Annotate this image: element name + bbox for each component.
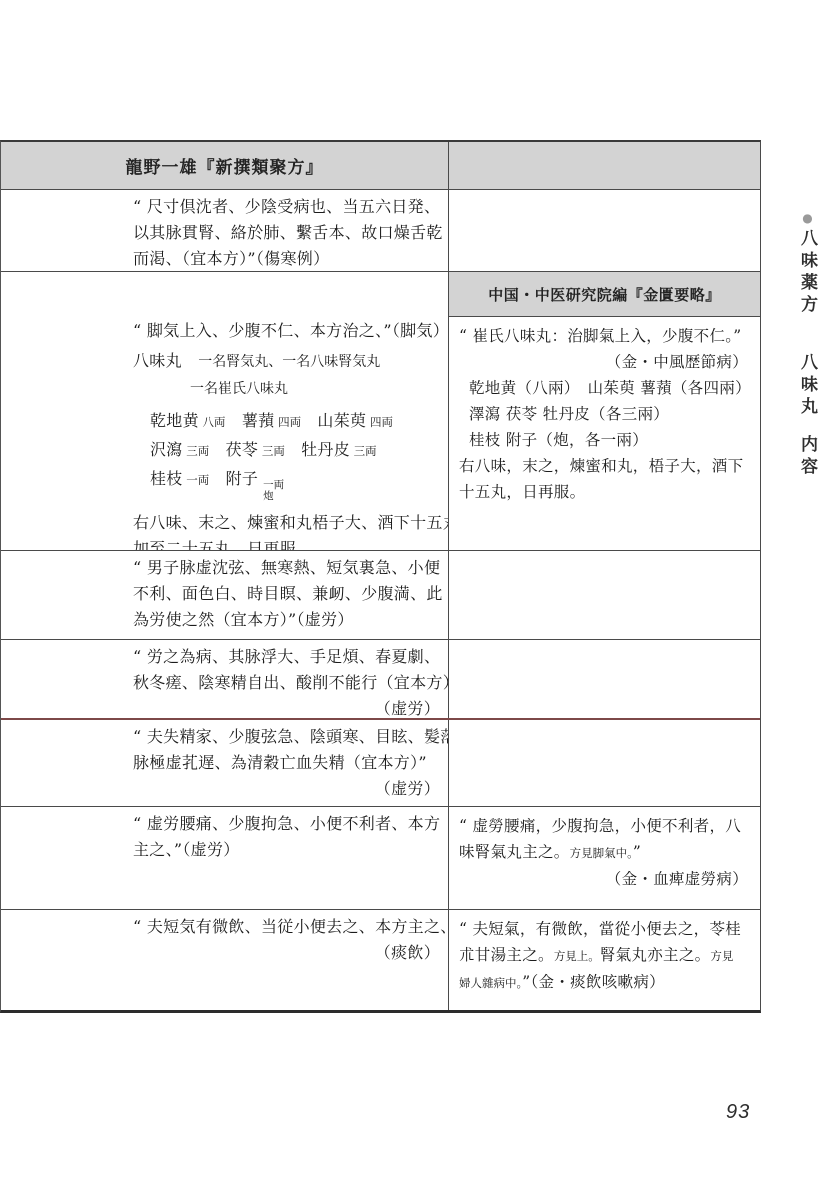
- dose-annotation: 三両: [258, 444, 285, 458]
- margin-tab: ● 八味薬方 八味丸 内容: [795, 212, 820, 479]
- table-row: 龍野一雄『新撰類聚方』: [1, 142, 760, 190]
- left-cell: “ 労之為病、其脉浮大、手足煩、春夏劇、秋冬瘥、陰寒精自出、酸削不能行（宜本方）…: [1, 640, 449, 718]
- text-line: 桂枝 一両 附子一両炮: [133, 466, 444, 502]
- table-row: “ 夫失精家、少腹弦急、陰頭寒、目眩、髪落、脉極虚芤遅、為清穀亡血失精（宜本方）…: [1, 720, 760, 807]
- text-run: 加至二十五丸、日再服、: [133, 539, 312, 550]
- text-run: （虚労）: [375, 779, 440, 798]
- text-line: 沢瀉 三両 茯苓 三両 牡丹皮 三両: [133, 437, 444, 464]
- margin-label-formula: 八味丸: [795, 353, 820, 419]
- alias-annotation: 一名崔氏八味丸: [190, 381, 288, 397]
- text-line: 乾地黄（八兩） 山茱萸 薯蕷（各四兩）: [459, 375, 752, 401]
- right-cell: [449, 190, 760, 271]
- right-cell: “ 虚勞腰痛，少腹拘急，小便不利者，八味腎氣丸主之。方見脚氣中。”（金・血痺虚勞…: [449, 807, 760, 909]
- text-line: 一名崔氏八味丸: [133, 375, 444, 402]
- left-cell: “ 脚気上入、少腹不仁、本方治之、”（脚気）八味丸 一名腎気丸、一名八味腎気丸一…: [1, 272, 449, 550]
- text-run: “ 脚気上入、少腹不仁、本方治之、”（脚気）: [133, 321, 449, 340]
- text-line: （虚労）: [133, 776, 444, 802]
- right-cell: [449, 720, 760, 806]
- text-run: 右八味、末之、煉蜜和丸梧子大、酒下十五丸、: [133, 513, 449, 532]
- margin-label-section: 内容: [795, 435, 820, 479]
- text-run: 乾地黄（八兩） 山茱萸 薯蕷（各四兩）: [469, 379, 751, 397]
- text-run: 脉極虚芤遅、為清穀亡血失精（宜本方）”: [133, 753, 427, 772]
- text-line: 婦人雜病中。”（金・痰飲咳嗽病）: [459, 969, 752, 996]
- right-cell-content: [449, 190, 760, 196]
- left-cell: “ 夫失精家、少腹弦急、陰頭寒、目眩、髪落、脉極虚芤遅、為清穀亡血失精（宜本方）…: [1, 720, 449, 806]
- page-number: 93: [726, 1101, 750, 1124]
- text-run: 味腎氣丸主之。: [459, 843, 570, 861]
- text-run: “ 崔氏八味丸：治脚氣上入，少腹不仁。”: [459, 327, 742, 345]
- text-line: “ 崔氏八味丸：治脚氣上入，少腹不仁。”: [459, 323, 752, 349]
- text-line: 為労使之然（宜本方）”（虚労）: [133, 607, 444, 633]
- right-cell-content: [449, 640, 760, 646]
- text-line: 澤瀉 茯苓 牡丹皮（各三兩）: [459, 401, 752, 427]
- text-run: 沢瀉: [150, 440, 183, 459]
- right-cell: [449, 142, 760, 189]
- right-cell: [449, 640, 760, 718]
- text-run: “ 男子脉虚沈弦、無寒熱、短気裏急、小便: [133, 558, 440, 577]
- left-cell: “ 男子脉虚沈弦、無寒熱、短気裏急、小便不利、面色白、時目瞑、兼衂、少腹満、此為…: [1, 551, 449, 639]
- table-row: “ 脚気上入、少腹不仁、本方治之、”（脚気）八味丸 一名腎気丸、一名八味腎気丸一…: [1, 272, 760, 551]
- text-run: 右八味，末之，煉蜜和丸，梧子大，酒下: [459, 457, 743, 475]
- text-line: 十五丸，日再服。: [459, 479, 752, 505]
- text-run: （虚労）: [375, 699, 440, 718]
- table-row: “ 労之為病、其脉浮大、手足煩、春夏劇、秋冬瘥、陰寒精自出、酸削不能行（宜本方）…: [1, 640, 760, 720]
- text-run: 桂枝: [150, 469, 183, 488]
- text-run: 桂枝 附子（炮，各一兩）: [469, 431, 648, 449]
- left-cell: “ 尺寸倶沈者、少陰受病也、当五六日発、以其脉貫腎、絡於肺、繫舌本、故口燥舌乾而…: [1, 190, 449, 271]
- text-line: 不利、面色白、時目瞑、兼衂、少腹満、此: [133, 581, 444, 607]
- dose-annotation: 四両: [274, 415, 301, 429]
- right-cell-content: “ 崔氏八味丸：治脚氣上入，少腹不仁。”（金・中風歴節病）乾地黄（八兩） 山茱萸…: [449, 317, 760, 505]
- text-run: 主之、”（虚労）: [133, 840, 240, 859]
- text-line: 味腎氣丸主之。方見脚氣中。”: [459, 839, 752, 866]
- text-run: ”: [633, 843, 641, 861]
- dose-annotation: 婦人雜病中。: [459, 976, 522, 990]
- text-line: （虚労）: [133, 696, 444, 718]
- table-row: “ 男子脉虚沈弦、無寒熱、短気裏急、小便不利、面色白、時目瞑、兼衂、少腹満、此為…: [1, 551, 760, 640]
- right-cell-content: [449, 720, 760, 726]
- text-run: 薯蕷: [226, 411, 275, 430]
- right-column-header: 中国・中医研究院編『金匱要略』: [449, 272, 760, 317]
- dose-annotation: 方見上。: [554, 949, 600, 963]
- left-column-header: 龍野一雄『新撰類聚方』: [126, 153, 324, 178]
- text-line: 朮甘湯主之。方見上。腎氣丸亦主之。方見: [459, 942, 752, 969]
- right-cell-content: “ 夫短氣，有微飲，當從小便去之，苓桂朮甘湯主之。方見上。腎氣丸亦主之。方見婦人…: [449, 910, 760, 996]
- text-run: 澤瀉 茯苓 牡丹皮（各三兩）: [469, 405, 669, 423]
- text-run: 牡丹皮: [285, 440, 350, 459]
- text-run: “ 虚勞腰痛，少腹拘急，小便不利者，八: [459, 817, 741, 835]
- text-line: 右八味，末之，煉蜜和丸，梧子大，酒下: [459, 453, 752, 479]
- text-line: “ 尺寸倶沈者、少陰受病也、当五六日発、: [133, 194, 444, 220]
- text-run: 十五丸，日再服。: [459, 483, 585, 501]
- text-run: “ 虚労腰痛、少腹拘急、小便不利者、本方: [133, 814, 440, 833]
- dose-annotation: 一両: [183, 473, 210, 487]
- text-line: 脉極虚芤遅、為清穀亡血失精（宜本方）”: [133, 750, 444, 776]
- text-run: “ 夫失精家、少腹弦急、陰頭寒、目眩、髪落、: [133, 727, 449, 746]
- dose-annotation: 四両: [366, 415, 393, 429]
- text-line: “ 虚勞腰痛，少腹拘急，小便不利者，八: [459, 813, 752, 839]
- alias-annotation: 一名腎気丸、一名八味腎気丸: [198, 354, 380, 370]
- right-cell: “ 夫短氣，有微飲，當從小便去之，苓桂朮甘湯主之。方見上。腎氣丸亦主之。方見婦人…: [449, 910, 760, 1010]
- text-run: 而渇、（宜本方）”（傷寒例）: [133, 249, 329, 268]
- table-row: “ 夫短気有微飲、当従小便去之、本方主之、”（痰飲）“ 夫短氣，有微飲，當從小便…: [1, 910, 760, 1010]
- text-run: （痰飲）: [375, 943, 440, 962]
- text-line: 乾地黄 八両 薯蕷 四両 山茱萸 四両: [133, 408, 444, 435]
- text-line: 桂枝 附子（炮，各一兩）: [459, 427, 752, 453]
- text-run: 茯苓: [209, 440, 258, 459]
- text-line: 而渇、（宜本方）”（傷寒例）: [133, 246, 444, 271]
- text-line: （金・中風歴節病）: [459, 349, 752, 375]
- dose-annotation: 三両: [350, 444, 377, 458]
- text-run: 山茱萸: [301, 411, 366, 430]
- right-cell-content: [449, 551, 760, 557]
- text-run: 為労使之然（宜本方）”（虚労）: [133, 610, 354, 629]
- text-run: 秋冬瘥、陰寒精自出、酸削不能行（宜本方）”: [133, 673, 449, 692]
- text-run: 腎氣丸亦主之。: [600, 946, 711, 964]
- text-run: 以其脉貫腎、絡於肺、繫舌本、故口燥舌乾: [133, 223, 443, 242]
- text-run: “ 労之為病、其脉浮大、手足煩、春夏劇、: [133, 647, 440, 666]
- text-run: 八味丸: [133, 351, 198, 370]
- book-page: 龍野一雄『新撰類聚方』“ 尺寸倶沈者、少陰受病也、当五六日発、以其脉貫腎、絡於肺…: [0, 0, 830, 1178]
- text-run: “ 尺寸倶沈者、少陰受病也、当五六日発、: [133, 197, 440, 216]
- text-run: “ 夫短氣，有微飲，當從小便去之，苓桂: [459, 920, 741, 938]
- dose-annotation: 三両: [183, 444, 210, 458]
- table-row: “ 虚労腰痛、少腹拘急、小便不利者、本方主之、”（虚労）“ 虚勞腰痛，少腹拘急，…: [1, 807, 760, 910]
- text-line: 加至二十五丸、日再服、: [133, 536, 444, 550]
- stack-line: 炮: [263, 491, 284, 502]
- text-run: 朮甘湯主之。: [459, 946, 554, 964]
- right-cell-content: “ 虚勞腰痛，少腹拘急，小便不利者，八味腎氣丸主之。方見脚氣中。”（金・血痺虚勞…: [449, 807, 760, 892]
- comparison-table: 龍野一雄『新撰類聚方』“ 尺寸倶沈者、少陰受病也、当五六日発、以其脉貫腎、絡於肺…: [0, 140, 761, 1013]
- text-line: 秋冬瘥、陰寒精自出、酸削不能行（宜本方）”: [133, 670, 444, 696]
- text-run: 乾地黄: [150, 411, 199, 430]
- text-run: （金・血痺虚勞病）: [606, 870, 748, 888]
- left-cell: “ 夫短気有微飲、当従小便去之、本方主之、”（痰飲）: [1, 910, 449, 1010]
- text-run: 附子: [209, 469, 258, 488]
- text-line: “ 夫短気有微飲、当従小便去之、本方主之、”: [133, 914, 444, 940]
- text-run: 不利、面色白、時目瞑、兼衂、少腹満、此: [133, 584, 443, 603]
- text-line: “ 労之為病、其脉浮大、手足煩、春夏劇、: [133, 644, 444, 670]
- text-line: “ 虚労腰痛、少腹拘急、小便不利者、本方: [133, 811, 444, 837]
- text-line: 八味丸 一名腎気丸、一名八味腎気丸: [133, 348, 444, 375]
- text-line: “ 夫短氣，有微飲，當從小便去之，苓桂: [459, 916, 752, 942]
- dose-annotation: 方見: [710, 949, 733, 963]
- text-line: 以其脉貫腎、絡於肺、繫舌本、故口燥舌乾: [133, 220, 444, 246]
- right-cell: 中国・中医研究院編『金匱要略』“ 崔氏八味丸：治脚氣上入，少腹不仁。”（金・中風…: [449, 272, 760, 550]
- text-run: ”（金・痰飲咳嗽病）: [522, 973, 665, 991]
- text-run: （金・中風歴節病）: [606, 353, 748, 371]
- stacked-annotation: 一両炮: [263, 480, 284, 502]
- text-line: “ 夫失精家、少腹弦急、陰頭寒、目眩、髪落、: [133, 724, 444, 750]
- margin-label-series: 八味薬方: [795, 229, 820, 317]
- section-bullet-icon: ●: [802, 212, 812, 224]
- table-row: “ 尺寸倶沈者、少陰受病也、当五六日発、以其脉貫腎、絡於肺、繫舌本、故口燥舌乾而…: [1, 190, 760, 272]
- text-line: “ 脚気上入、少腹不仁、本方治之、”（脚気）: [133, 318, 444, 344]
- dose-annotation: 方見脚氣中。: [570, 846, 633, 860]
- text-run: “ 夫短気有微飲、当従小便去之、本方主之、”: [133, 917, 449, 936]
- right-cell: [449, 551, 760, 639]
- left-cell: “ 虚労腰痛、少腹拘急、小便不利者、本方主之、”（虚労）: [1, 807, 449, 909]
- text-line: （痰飲）: [133, 940, 444, 966]
- text-line: 右八味、末之、煉蜜和丸梧子大、酒下十五丸、: [133, 510, 444, 536]
- text-line: 主之、”（虚労）: [133, 837, 444, 863]
- left-cell: 龍野一雄『新撰類聚方』: [1, 142, 449, 189]
- text-line: “ 男子脉虚沈弦、無寒熱、短気裏急、小便: [133, 555, 444, 581]
- text-line: （金・血痺虚勞病）: [459, 866, 752, 892]
- dose-annotation: 八両: [199, 415, 226, 429]
